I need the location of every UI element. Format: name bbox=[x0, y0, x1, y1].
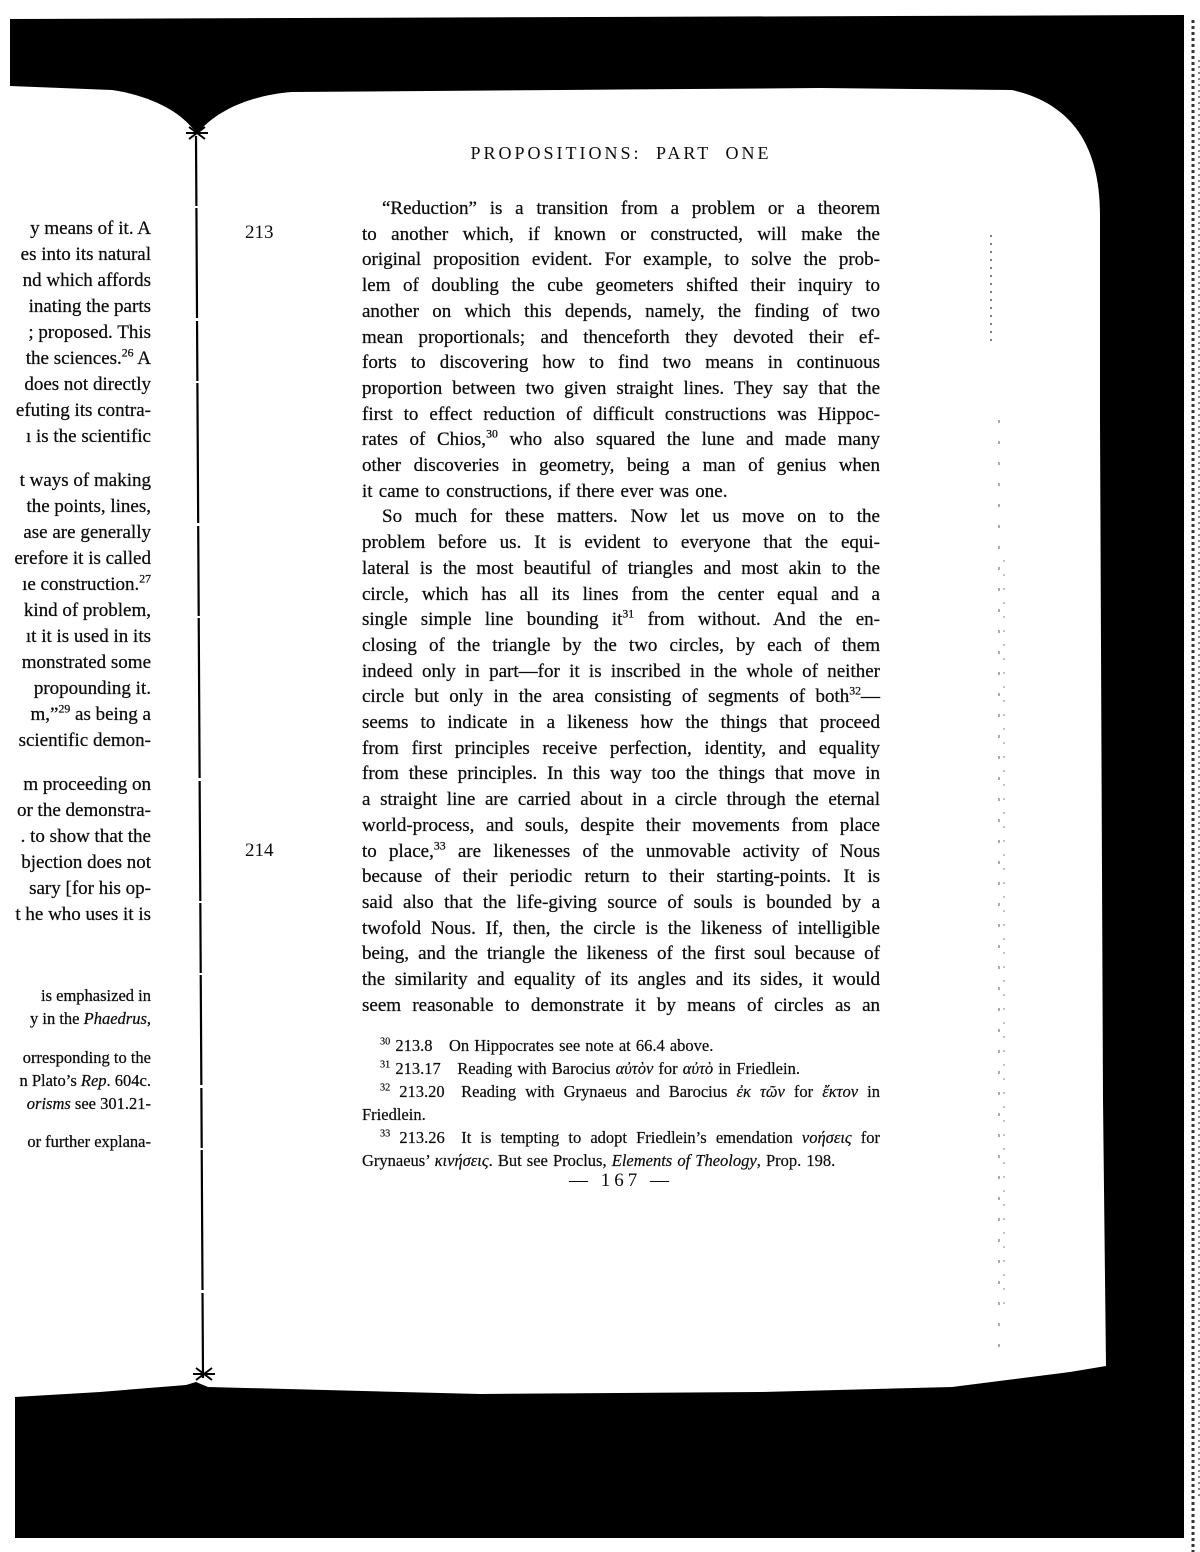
text-line: it came to constructions, if there ever … bbox=[362, 479, 880, 505]
text-line: another on which this depends, namely, t… bbox=[362, 299, 880, 325]
text-line: the similarity and equality of its angle… bbox=[362, 967, 880, 993]
text-line: from these principles. In this way too t… bbox=[362, 761, 880, 787]
text-line: circle but only in the area consisting o… bbox=[362, 684, 880, 710]
text-line: proportion between two given straight li… bbox=[362, 376, 880, 402]
page-number: — 167 — bbox=[362, 1170, 880, 1192]
text-line: problem before us. It is evident to ever… bbox=[362, 530, 880, 556]
text-line: or further explana- bbox=[0, 1130, 151, 1153]
text-line: seems to indicate in a likeness how the … bbox=[362, 710, 880, 736]
margin-section-number: 214 bbox=[245, 840, 285, 862]
text-line: ıt it is used in its bbox=[0, 624, 151, 650]
text-line: ı is the scientific bbox=[0, 424, 151, 450]
text-line: mean proportionals; and thenceforth they… bbox=[362, 325, 880, 351]
text-line: first to effect reduction of difficult c… bbox=[362, 402, 880, 428]
text-line: kind of problem, bbox=[0, 598, 151, 624]
text-line: said also that the life-giving source of… bbox=[362, 890, 880, 916]
text-line: orresponding to the bbox=[0, 1046, 151, 1069]
left-page-text-block: t ways of makingthe points, lines,ase ar… bbox=[0, 468, 151, 754]
footnotes: 30 213.8 On Hippocrates see note at 66.4… bbox=[362, 1034, 880, 1172]
text-line: y in the Phaedrus, bbox=[0, 1007, 151, 1030]
text-line: m proceeding on bbox=[0, 772, 151, 798]
text-line: other discoveries in geometry, being a m… bbox=[362, 453, 880, 479]
left-page-text-block: is emphasized iny in the Phaedrus, bbox=[0, 984, 151, 1030]
gutter-pinch-bottom bbox=[193, 1368, 215, 1380]
text-line: inating the parts bbox=[0, 294, 151, 320]
left-page-text-block: orresponding to then Plato’s Rep. 604c.o… bbox=[0, 1046, 151, 1115]
running-head: PROPOSITIONS: PART ONE bbox=[362, 143, 880, 164]
text-line: the sciences.26 A bbox=[0, 346, 151, 372]
text-line: . to show that the bbox=[0, 824, 151, 850]
text-line: indeed only in part—for it is inscribed … bbox=[362, 659, 880, 685]
text-line: forts to discovering how to find two mea… bbox=[362, 350, 880, 376]
text-line: nd which affords bbox=[0, 268, 151, 294]
text-line: orisms see 301.21- bbox=[0, 1092, 151, 1115]
text-line: seem reasonable to demonstrate it by mea… bbox=[362, 993, 880, 1019]
left-page-text-block: or further explana- bbox=[0, 1130, 151, 1153]
text-line: 31 213.17 Reading with Barocius αὐτὸν fo… bbox=[362, 1057, 880, 1080]
text-line: 30 213.8 On Hippocrates see note at 66.4… bbox=[362, 1034, 880, 1057]
body-text: “Reduction” is a transition from a probl… bbox=[362, 196, 880, 1019]
text-line: to another which, if known or constructe… bbox=[362, 222, 880, 248]
text-line: m,”29 as being a bbox=[0, 702, 151, 728]
text-line: world-process, and souls, despite their … bbox=[362, 813, 880, 839]
left-page-text-block: m proceeding onor the demonstra-. to sho… bbox=[0, 772, 151, 928]
text-line: n Plato’s Rep. 604c. bbox=[0, 1069, 151, 1092]
gutter-crease-line bbox=[196, 136, 203, 1378]
text-line: closing of the triangle by the two circl… bbox=[362, 633, 880, 659]
text-line: circle, which has all its lines from the… bbox=[362, 582, 880, 608]
text-line: efuting its contra- bbox=[0, 398, 151, 424]
text-line: lem of doubling the cube geometers shift… bbox=[362, 273, 880, 299]
text-line: because of their periodic return to thei… bbox=[362, 864, 880, 890]
text-line: lateral is the most beautiful of triangl… bbox=[362, 556, 880, 582]
text-line: bjection does not bbox=[0, 850, 151, 876]
text-line: a straight line are carried about in a c… bbox=[362, 787, 880, 813]
text-line: single simple line bounding it31 from wi… bbox=[362, 607, 880, 633]
text-line: es into its natural bbox=[0, 242, 151, 268]
gutter-pinch-top bbox=[186, 127, 208, 139]
text-line: monstrated some bbox=[0, 650, 151, 676]
margin-section-number: 213 bbox=[245, 222, 285, 244]
text-line: 33 213.26 It is tempting to adopt Friedl… bbox=[362, 1126, 880, 1149]
text-line: scientific demon- bbox=[0, 728, 151, 754]
text-line: 32 213.20 Reading with Grynaeus and Baro… bbox=[362, 1080, 880, 1103]
text-line: the points, lines, bbox=[0, 494, 151, 520]
text-line: erefore it is called bbox=[0, 546, 151, 572]
left-page-text-block: y means of it. Aes into its naturalnd wh… bbox=[0, 216, 151, 450]
text-line: So much for these matters. Now let us mo… bbox=[362, 504, 880, 530]
text-line: being, and the triangle the likeness of … bbox=[362, 941, 880, 967]
text-line: twofold Nous. If, then, the circle is th… bbox=[362, 916, 880, 942]
text-line: ; proposed. This bbox=[0, 320, 151, 346]
text-line: does not directly bbox=[0, 372, 151, 398]
text-line: ıe construction.27 bbox=[0, 572, 151, 598]
text-line: original proposition evident. For exampl… bbox=[362, 247, 880, 273]
book-scan-page: y means of it. Aes into its naturalnd wh… bbox=[0, 0, 1200, 1552]
text-line: ase are generally bbox=[0, 520, 151, 546]
text-line: Friedlein. bbox=[362, 1103, 880, 1126]
text-line: Grynaeus’ κινήσεις. But see Proclus, Ele… bbox=[362, 1149, 880, 1172]
text-line: y means of it. A bbox=[0, 216, 151, 242]
text-line: “Reduction” is a transition from a probl… bbox=[362, 196, 880, 222]
text-line: from first principles receive perfection… bbox=[362, 736, 880, 762]
text-line: to place,33 are likenesses of the unmova… bbox=[362, 839, 880, 865]
text-line: t ways of making bbox=[0, 468, 151, 494]
text-line: is emphasized in bbox=[0, 984, 151, 1007]
text-line: propounding it. bbox=[0, 676, 151, 702]
text-line: or the demonstra- bbox=[0, 798, 151, 824]
text-line: t he who uses it is bbox=[0, 902, 151, 928]
text-line: sary [for his op- bbox=[0, 876, 151, 902]
text-line: rates of Chios,30 who also squared the l… bbox=[362, 427, 880, 453]
